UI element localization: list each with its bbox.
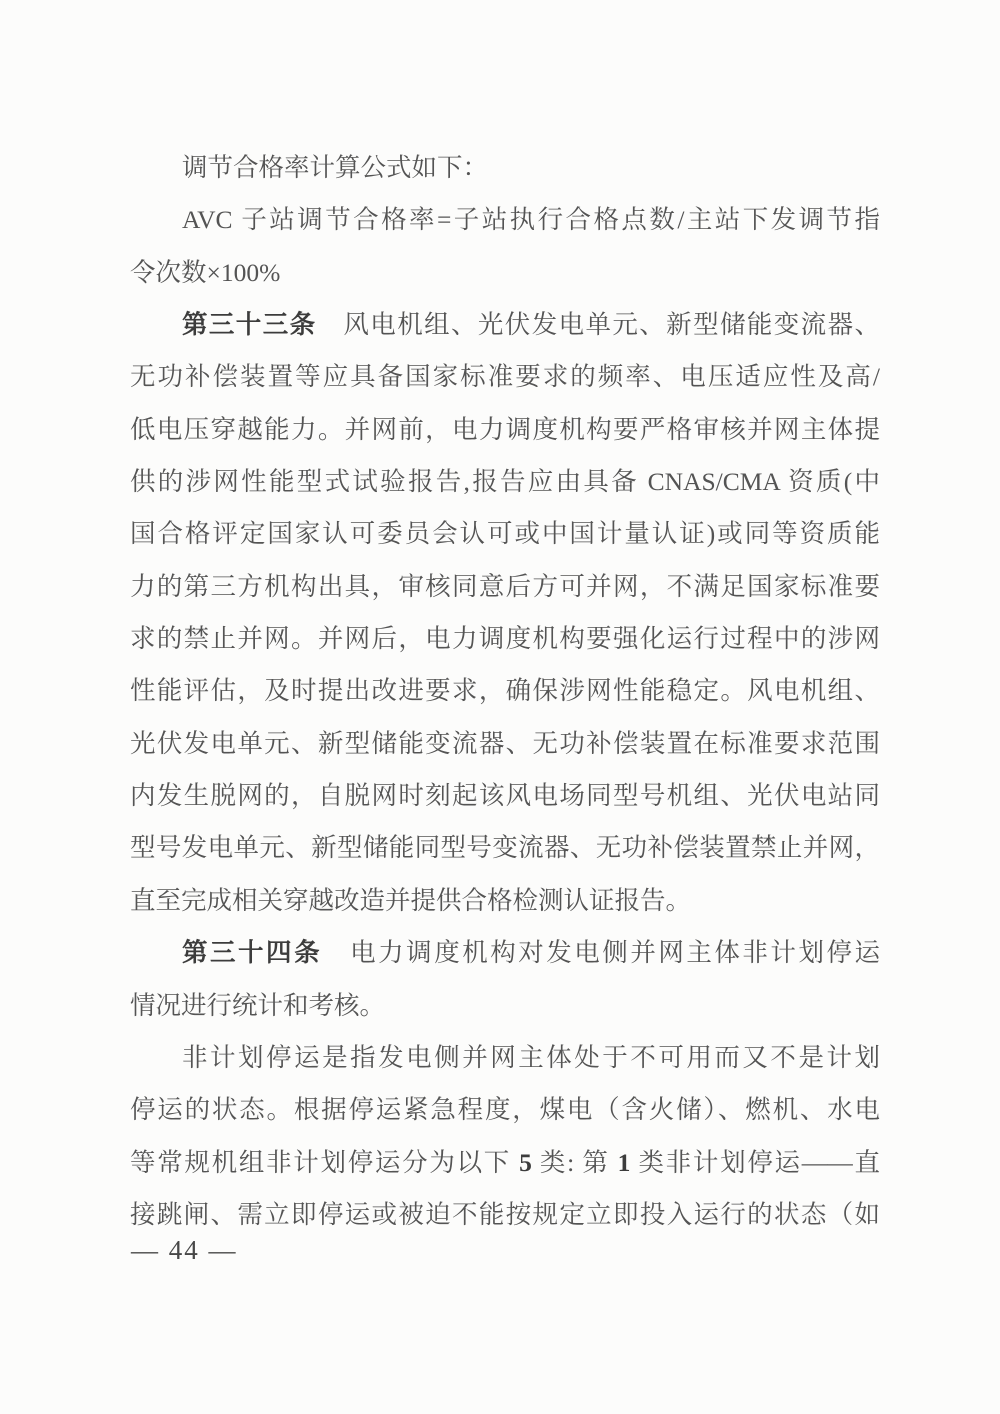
text-line: 供的涉网性能型式试验报告,报告应由具备 CNAS/CMA 资质(中	[130, 456, 880, 508]
text-segment: 等常规机组非计划停运分为以下	[130, 1148, 519, 1177]
text-line: 性能评估，及时提出改进要求，确保涉网性能稳定。风电机组、	[130, 665, 880, 717]
text-segment: 求的禁止并网。并网后，电力调度机构要强化运行过程中的涉网	[130, 624, 880, 653]
text-segment: 低电压穿越能力。并网前，电力调度机构要严格审核并网主体提	[130, 415, 880, 444]
text-line: 力的第三方机构出具，审核同意后方可并网，不满足国家标准要	[130, 561, 880, 613]
document-page: 调节合格率计算公式如下：AVC 子站调节合格率=子站执行合格点数/主站下发调节指…	[0, 0, 1000, 1414]
text-segment: 接跳闸、需立即停运或被迫不能按规定立即投入运行的状态（如	[130, 1200, 880, 1229]
text-segment: 类非计划停运——直	[630, 1148, 880, 1177]
text-line: 低电压穿越能力。并网前，电力调度机构要严格审核并网主体提	[130, 404, 880, 456]
text-segment-bold: 第三十三条	[182, 310, 317, 339]
text-line: 非计划停运是指发电侧并网主体处于不可用而又不是计划	[130, 1032, 880, 1084]
text-segment: 力的第三方机构出具，审核同意后方可并网，不满足国家标准要	[130, 572, 880, 601]
text-segment: 情况进行统计和考核。	[130, 991, 385, 1020]
text-line: 内发生脱网的，自脱网时刻起该风电场同型号机组、光伏电站同	[130, 770, 880, 822]
text-segment: 风电机组、光伏发电单元、新型储能变流器、	[317, 310, 880, 339]
text-segment: 直至完成相关穿越改造并提供合格检测认证报告。	[130, 886, 691, 915]
text-segment: 无功补偿装置等应具备国家标准要求的频率、电压适应性及高/	[130, 362, 880, 391]
text-line: 求的禁止并网。并网后，电力调度机构要强化运行过程中的涉网	[130, 613, 880, 665]
text-line: 国合格评定国家认可委员会认可或中国计量认证)或同等资质能	[130, 508, 880, 560]
text-line: 第三十四条 电力调度机构对发电侧并网主体非计划停运	[130, 927, 880, 979]
text-segment: 非计划停运是指发电侧并网主体处于不可用而又不是计划	[182, 1043, 880, 1072]
text-line: AVC 子站调节合格率=子站执行合格点数/主站下发调节指	[130, 194, 880, 246]
text-segment: 光伏发电单元、新型储能变流器、无功补偿装置在标准要求范围	[130, 729, 880, 758]
text-line: 第三十三条 风电机组、光伏发电单元、新型储能变流器、	[130, 299, 880, 351]
text-segment: 内发生脱网的，自脱网时刻起该风电场同型号机组、光伏电站同	[130, 781, 880, 810]
document-lines: 调节合格率计算公式如下：AVC 子站调节合格率=子站执行合格点数/主站下发调节指…	[130, 142, 880, 1241]
text-segment: 电力调度机构对发电侧并网主体非计划停运	[322, 938, 880, 967]
text-segment: 令次数×100%	[130, 258, 280, 287]
text-line: 光伏发电单元、新型储能变流器、无功补偿装置在标准要求范围	[130, 718, 880, 770]
text-segment: 型号发电单元、新型储能同型号变流器、无功补偿装置禁止并网，	[130, 833, 880, 862]
text-segment-bold: 5	[519, 1148, 532, 1177]
text-line: 停运的状态。根据停运紧急程度，煤电（含火储）、燃机、水电	[130, 1084, 880, 1136]
text-line: 接跳闸、需立即停运或被迫不能按规定立即投入运行的状态（如	[130, 1189, 880, 1241]
text-segment: 停运的状态。根据停运紧急程度，煤电（含火储）、燃机、水电	[130, 1095, 880, 1124]
text-line: 情况进行统计和考核。	[130, 980, 880, 1032]
text-segment: 类: 第	[532, 1148, 618, 1177]
text-line: 无功补偿装置等应具备国家标准要求的频率、电压适应性及高/	[130, 351, 880, 403]
text-segment-bold: 1	[618, 1148, 631, 1177]
text-segment: AVC 子站调节合格率=子站执行合格点数/主站下发调节指	[182, 205, 880, 234]
text-segment: 供的涉网性能型式试验报告,报告应由具备 CNAS/CMA 资质(中	[130, 467, 880, 496]
text-line: 型号发电单元、新型储能同型号变流器、无功补偿装置禁止并网，	[130, 822, 880, 874]
text-line: 令次数×100%	[130, 247, 880, 299]
text-line: 等常规机组非计划停运分为以下 5 类: 第 1 类非计划停运——直	[130, 1137, 880, 1189]
text-line: 调节合格率计算公式如下：	[130, 142, 880, 194]
text-segment: 调节合格率计算公式如下：	[182, 153, 488, 182]
text-segment-bold: 第三十四条	[182, 938, 322, 967]
text-segment: 国合格评定国家认可委员会认可或中国计量认证)或同等资质能	[130, 519, 880, 548]
page-number: — 44 —	[131, 1230, 238, 1270]
text-segment: 性能评估，及时提出改进要求，确保涉网性能稳定。风电机组、	[130, 676, 880, 705]
text-line: 直至完成相关穿越改造并提供合格检测认证报告。	[130, 875, 880, 927]
